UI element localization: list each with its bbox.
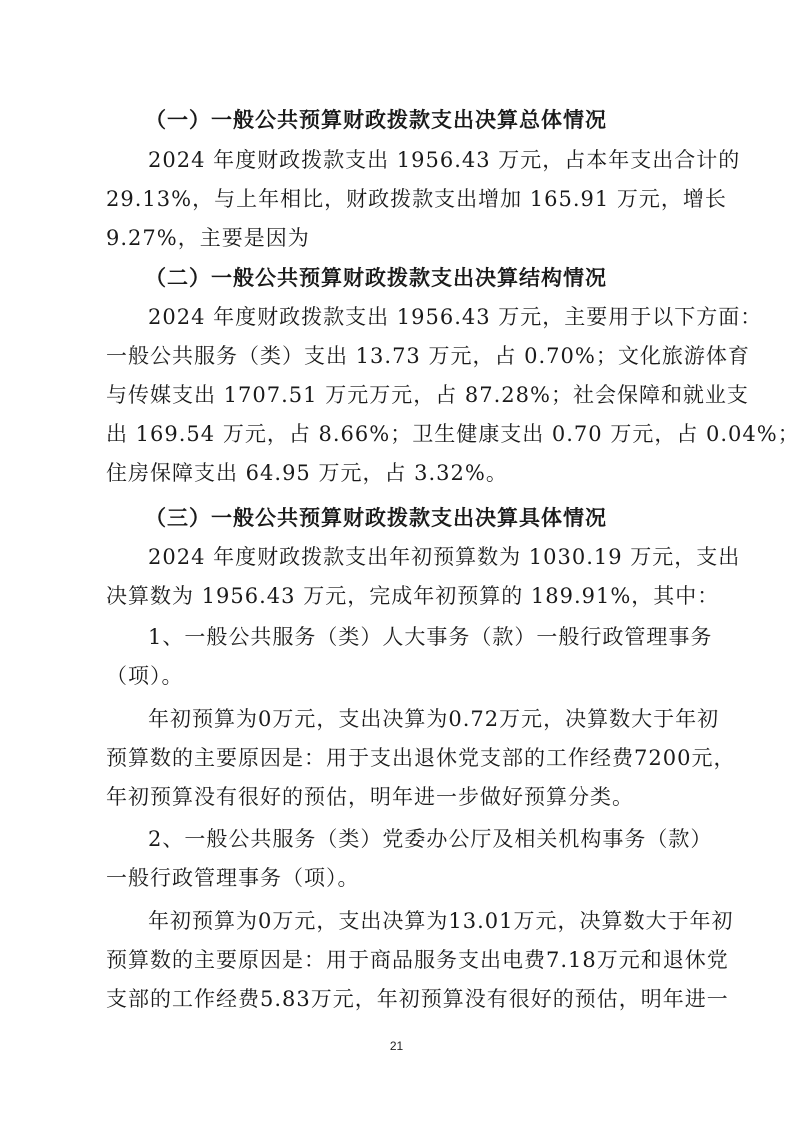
paragraph-line: 2024 年度财政拨款支出 1956.43 万元，占本年支出合计的 (148, 145, 688, 175)
paragraph-line: 2024 年度财政拨款支出 1956.43 万元，主要用于以下方面： (148, 302, 688, 332)
paragraph-line: 2、一般公共服务（类）党委办公厅及相关机构事务（款） (148, 824, 688, 854)
paragraph-line: 9.27%，主要是因为 (106, 223, 688, 253)
paragraph-line: 预算数的主要原因是：用于商品服务支出电费7.18万元和退休党 (106, 945, 688, 975)
paragraph-line: 决算数为 1956.43 万元，完成年初预算的 189.91%，其中： (106, 581, 688, 611)
paragraph-line: 年初预算为0万元，支出决算为0.72万元，决算数大于年初 (148, 704, 688, 734)
section-heading-1: （一）一般公共预算财政拨款支出决算总体情况 (145, 105, 607, 135)
paragraph-line: 出 169.54 万元，占 8.66%；卫生健康支出 0.70 万元，占 0.0… (106, 419, 688, 449)
paragraph-line: 一般公共服务（类）支出 13.73 万元，占 0.70%；文化旅游体育 (106, 341, 688, 371)
paragraph-line: 与传媒支出 1707.51 万元万元，占 87.28%；社会保障和就业支 (106, 380, 688, 410)
paragraph-line: 预算数的主要原因是：用于支出退休党支部的工作经费7200元， (106, 743, 688, 773)
page-number: 21 (0, 1039, 793, 1053)
document-page: （一）一般公共预算财政拨款支出决算总体情况 2024 年度财政拨款支出 1956… (0, 0, 793, 1122)
paragraph-line: 一般行政管理事务（项）。 (106, 863, 688, 893)
paragraph-line: （项）。 (106, 661, 688, 691)
paragraph-line: 支部的工作经费5.83万元，年初预算没有很好的预估，明年进一 (106, 984, 688, 1014)
paragraph-line: 住房保障支出 64.95 万元，占 3.32%。 (106, 458, 688, 488)
paragraph-line: 29.13%，与上年相比，财政拨款支出增加 165.91 万元，增长 (106, 184, 688, 214)
paragraph-line: 年初预算为0万元，支出决算为13.01万元，决算数大于年初 (148, 906, 688, 936)
section-heading-3: （三）一般公共预算财政拨款支出决算具体情况 (145, 503, 607, 533)
section-heading-2: （二）一般公共预算财政拨款支出决算结构情况 (145, 263, 607, 293)
paragraph-line: 1、一般公共服务（类）人大事务（款）一般行政管理事务 (148, 622, 688, 652)
paragraph-line: 2024 年度财政拨款支出年初预算数为 1030.19 万元，支出 (148, 542, 688, 572)
paragraph-line: 年初预算没有很好的预估，明年进一步做好预算分类。 (106, 782, 688, 812)
